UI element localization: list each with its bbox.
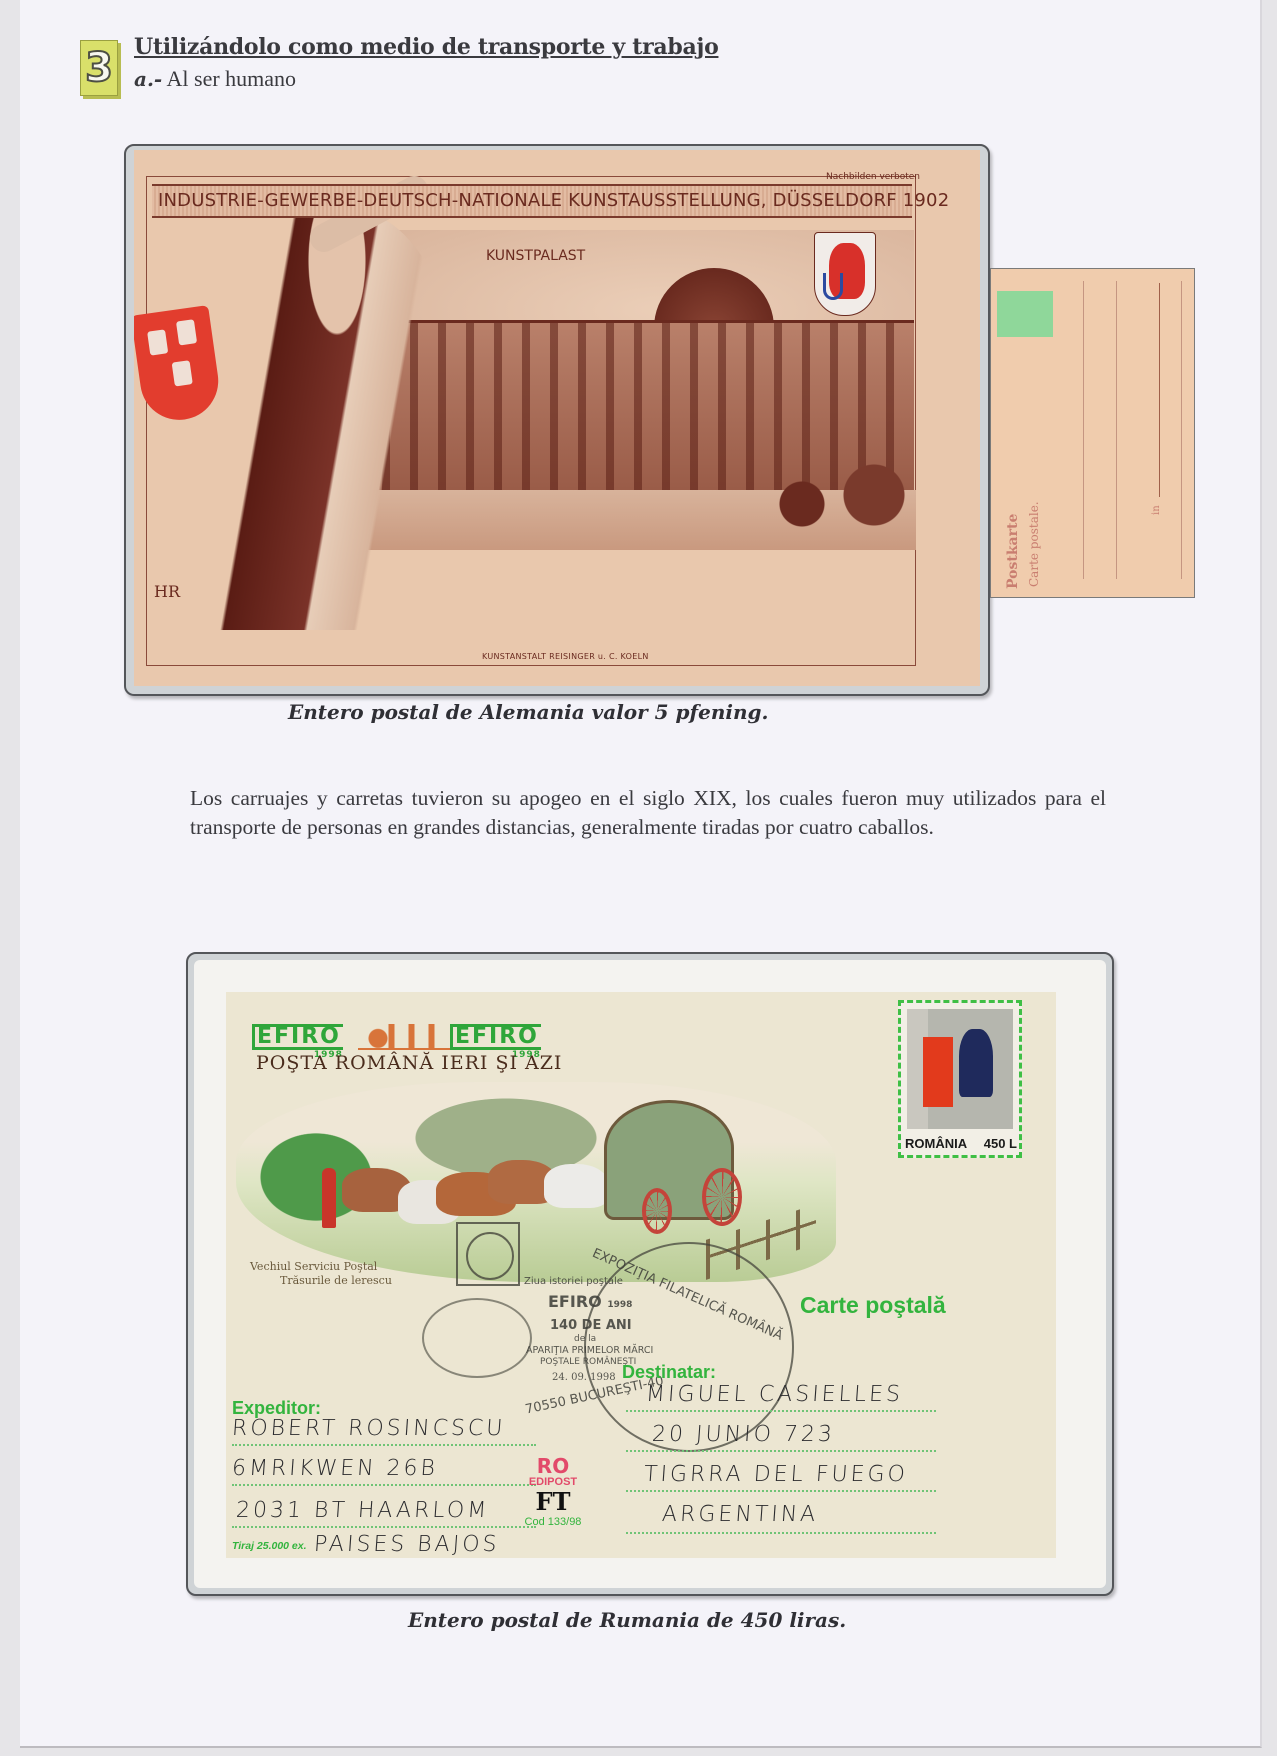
carte-postale-label: Carte postale. xyxy=(1027,501,1041,587)
address-prefix: in xyxy=(1151,505,1162,515)
scene-caption: Vechiul Serviciu Poştal Trăsurile de ler… xyxy=(250,1260,392,1288)
address-dotted-line xyxy=(232,1444,536,1446)
section-subtitle: a.- Al ser humano xyxy=(134,66,296,92)
ro-post-logo-icon: RO xyxy=(518,1456,588,1476)
printer-mark: FT xyxy=(518,1488,588,1516)
mail-coach-logo-icon xyxy=(358,1024,458,1050)
address-line xyxy=(1181,281,1182,579)
artist-monogram: HR xyxy=(154,582,180,601)
postmark-line4: APARIŢIA PRIMELOR MĂRCI xyxy=(526,1345,653,1356)
address-dotted-line xyxy=(232,1484,536,1486)
recipient-line: 20 JUNIO 723 xyxy=(651,1422,836,1447)
horse-illustration xyxy=(544,1164,610,1208)
address-dotted-line xyxy=(626,1410,936,1412)
historic-stamp-postmark-icon xyxy=(456,1222,520,1286)
card-title: POŞTA ROMÂNĂ IERI ŞI AZI xyxy=(256,1052,562,1074)
romanian-card-caption: Entero postal de Rumania de 450 liras. xyxy=(408,1608,846,1632)
allegorical-figure-illustration xyxy=(194,210,454,630)
print-run: Tiraj 25.000 ex. xyxy=(232,1540,307,1552)
publisher-block: RO EDIPOST FT Cod 133/98 xyxy=(518,1456,588,1528)
woman-figure-illustration xyxy=(322,1168,336,1228)
sender-line: ROBERT ROSINCSCU xyxy=(231,1416,506,1441)
exhibition-banner: INDUSTRIE-GEWERBE-DEUTSCH-NATIONALE KUNS… xyxy=(152,184,912,218)
section-number: 3 xyxy=(85,48,113,88)
section-number-badge: 3 xyxy=(80,40,118,96)
sender-line: 6MRIKWEN 26B xyxy=(231,1456,439,1481)
german-card-caption: Entero postal de Alemania valor 5 pfenin… xyxy=(288,700,768,724)
postmark-line3: de la xyxy=(574,1334,596,1344)
imprinted-stamp-icon xyxy=(997,291,1053,337)
postmark-line1: Ziua istoriei poştale xyxy=(524,1276,623,1287)
subtitle-prefix: a.- xyxy=(134,67,162,91)
carte-postala-label: Carte poştală xyxy=(800,1292,946,1319)
recipient-label: Destinatar: xyxy=(622,1362,716,1383)
card-code: Cod 133/98 xyxy=(518,1516,588,1528)
stamp-value: 450 L xyxy=(984,1136,1017,1151)
address-dotted-line xyxy=(626,1490,936,1492)
postmark-date: 24. 09. 1998 xyxy=(552,1372,616,1383)
romanian-postcard: EFIRO 1998 EFIRO 1998 POŞTA ROMÂNĂ IERI … xyxy=(226,992,1056,1558)
section-title: Utilizándolo como medio de transporte y … xyxy=(134,34,718,60)
address-dotted-line xyxy=(232,1526,536,1528)
mailbox-icon xyxy=(923,1037,953,1107)
dusseldorf-coat-of-arms-icon xyxy=(814,232,876,316)
address-line xyxy=(1159,283,1160,497)
postkarte-label: Postkarte xyxy=(1005,514,1021,589)
german-postcard-back: Postkarte Carte postale. in xyxy=(990,268,1195,598)
imprinted-stamp: ROMÂNIA 450 L xyxy=(898,1000,1022,1158)
building-label: KUNSTPALAST xyxy=(486,248,585,264)
person-posting-letter-icon xyxy=(959,1029,993,1097)
postmark-logo: EFIRO 1998 xyxy=(548,1292,632,1311)
recipient-line: MIGUEL CASIELLES xyxy=(645,1382,904,1407)
description-paragraph: Los carruajes y carretas tuvieron su apo… xyxy=(190,784,1106,841)
stamp-legend: ROMÂNIA 450 L xyxy=(905,1136,1017,1151)
efiro-logo-right: EFIRO 1998 xyxy=(450,1024,541,1050)
address-dotted-line xyxy=(626,1450,936,1452)
subtitle-text: Al ser humano xyxy=(167,66,297,91)
sender-line: 2031 BT HAARLOM xyxy=(235,1498,490,1523)
copyright-note: Nachbilden verboten xyxy=(826,172,920,182)
stamp-country: ROMÂNIA xyxy=(905,1136,967,1151)
recipient-line: TIGRRA DEL FUEGO xyxy=(643,1462,909,1487)
franca-cancel-icon xyxy=(422,1298,532,1378)
address-line xyxy=(1116,281,1117,579)
wheel-icon xyxy=(642,1188,672,1234)
postmark-line2: 140 DE ANI xyxy=(550,1318,632,1333)
german-postcard-front: Nachbilden verboten KUNSTPALAST INDUSTRI… xyxy=(134,150,980,686)
stamp-photo xyxy=(907,1009,1013,1129)
album-page: 3 Utilizándolo como medio de transporte … xyxy=(20,0,1262,1748)
efiro-logo-left: EFIRO 1998 xyxy=(252,1024,343,1050)
sender-line: PAISES BAJOS xyxy=(313,1532,500,1557)
address-line xyxy=(1083,281,1084,579)
trees-illustration xyxy=(754,450,914,540)
printer-imprint: KUNSTANSTALT REISINGER u. C. KOELN xyxy=(482,652,649,661)
wheel-icon xyxy=(702,1168,742,1226)
recipient-line: ARGENTINA xyxy=(661,1502,819,1527)
address-dotted-line xyxy=(626,1532,936,1534)
